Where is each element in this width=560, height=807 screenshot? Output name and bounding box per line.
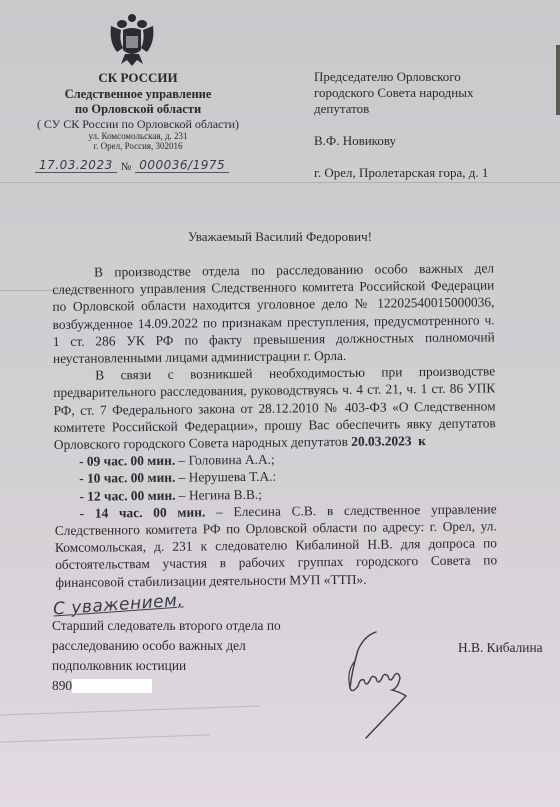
signer-block: Старший следователь второго отдела по ра… [52, 616, 312, 696]
letter-body: В производстве отдела по расследованию о… [52, 259, 497, 590]
position-line2: расследованию особо важных дел [52, 636, 312, 656]
fold-crease [0, 734, 210, 742]
fold-crease [0, 705, 260, 715]
handwritten-signature [336, 630, 426, 740]
schedule-list: - 09 час. 00 мин. – Головина А.А.; - 10 … [54, 449, 497, 505]
phone-visible: 890 [52, 676, 72, 696]
schedule-person: – Негина В.В.; [175, 486, 262, 502]
signer-name: Н.В. Кибалина [458, 640, 543, 656]
org-name-line1: Следственное управление [20, 86, 256, 102]
addressee-line1: Председателю Орловского [314, 69, 544, 85]
redaction-box [72, 679, 152, 693]
org-short-name: ( СУ СК России по Орловской области) [20, 116, 256, 132]
org-name-line2: по Орловской области [20, 101, 256, 117]
schedule-time: - 14 час. 00 мин. [80, 504, 206, 520]
addressee-name: В.Ф. Новикову [314, 133, 544, 149]
schedule-person: – Головина А.А.; [175, 452, 275, 468]
paper-edge-shadow [556, 45, 560, 115]
paragraph-2-k: к [418, 433, 426, 448]
schedule-time: - 10 час. 00 мин. [79, 470, 175, 486]
schedule-time: - 12 час. 00 мин. [79, 487, 175, 503]
salutation: Уважаемый Василий Федорович! [0, 229, 560, 245]
number-sign: № [121, 161, 132, 173]
schedule-person: – Нерушева Т.А.: [175, 469, 276, 485]
coat-of-arms-icon [107, 12, 157, 68]
addressee-address: г. Орел, Пролетарская гора, д. 1 [314, 165, 544, 181]
body-paragraph-1: В производстве отдела по расследованию о… [52, 259, 495, 367]
body-paragraph-2: В связи с возникшей необходимостью при п… [53, 363, 496, 454]
addressee-line3: депутатов [314, 101, 544, 117]
position-line1: Старший следователь второго отдела по [52, 616, 312, 636]
outgoing-date: 17.03.2023 [35, 158, 117, 173]
org-address-line2: г. Орел, Россия, 302016 [20, 141, 256, 152]
paragraph-2-text: В связи с возникшей необходимостью при п… [53, 364, 495, 452]
addressee-block: Председателю Орловского городского Совет… [314, 69, 544, 181]
addressee-line2: городского Совета народных [314, 85, 544, 101]
outgoing-number: 000036/1975 [135, 158, 229, 173]
schedule-item-last: - 14 час. 00 мин. – Елесина С.В. в следс… [55, 500, 498, 591]
outgoing-reference: 17.03.2023 № 000036/1975 [35, 155, 245, 173]
appearance-date: 20.03.2023 [351, 433, 411, 449]
rank: подполковник юстиции [52, 656, 312, 676]
phone-number: 890 [52, 676, 312, 696]
schedule-time: - 09 час. 00 мин. [79, 453, 175, 469]
fold-crease [0, 182, 560, 183]
org-title: СК РОССИИ [20, 70, 256, 86]
